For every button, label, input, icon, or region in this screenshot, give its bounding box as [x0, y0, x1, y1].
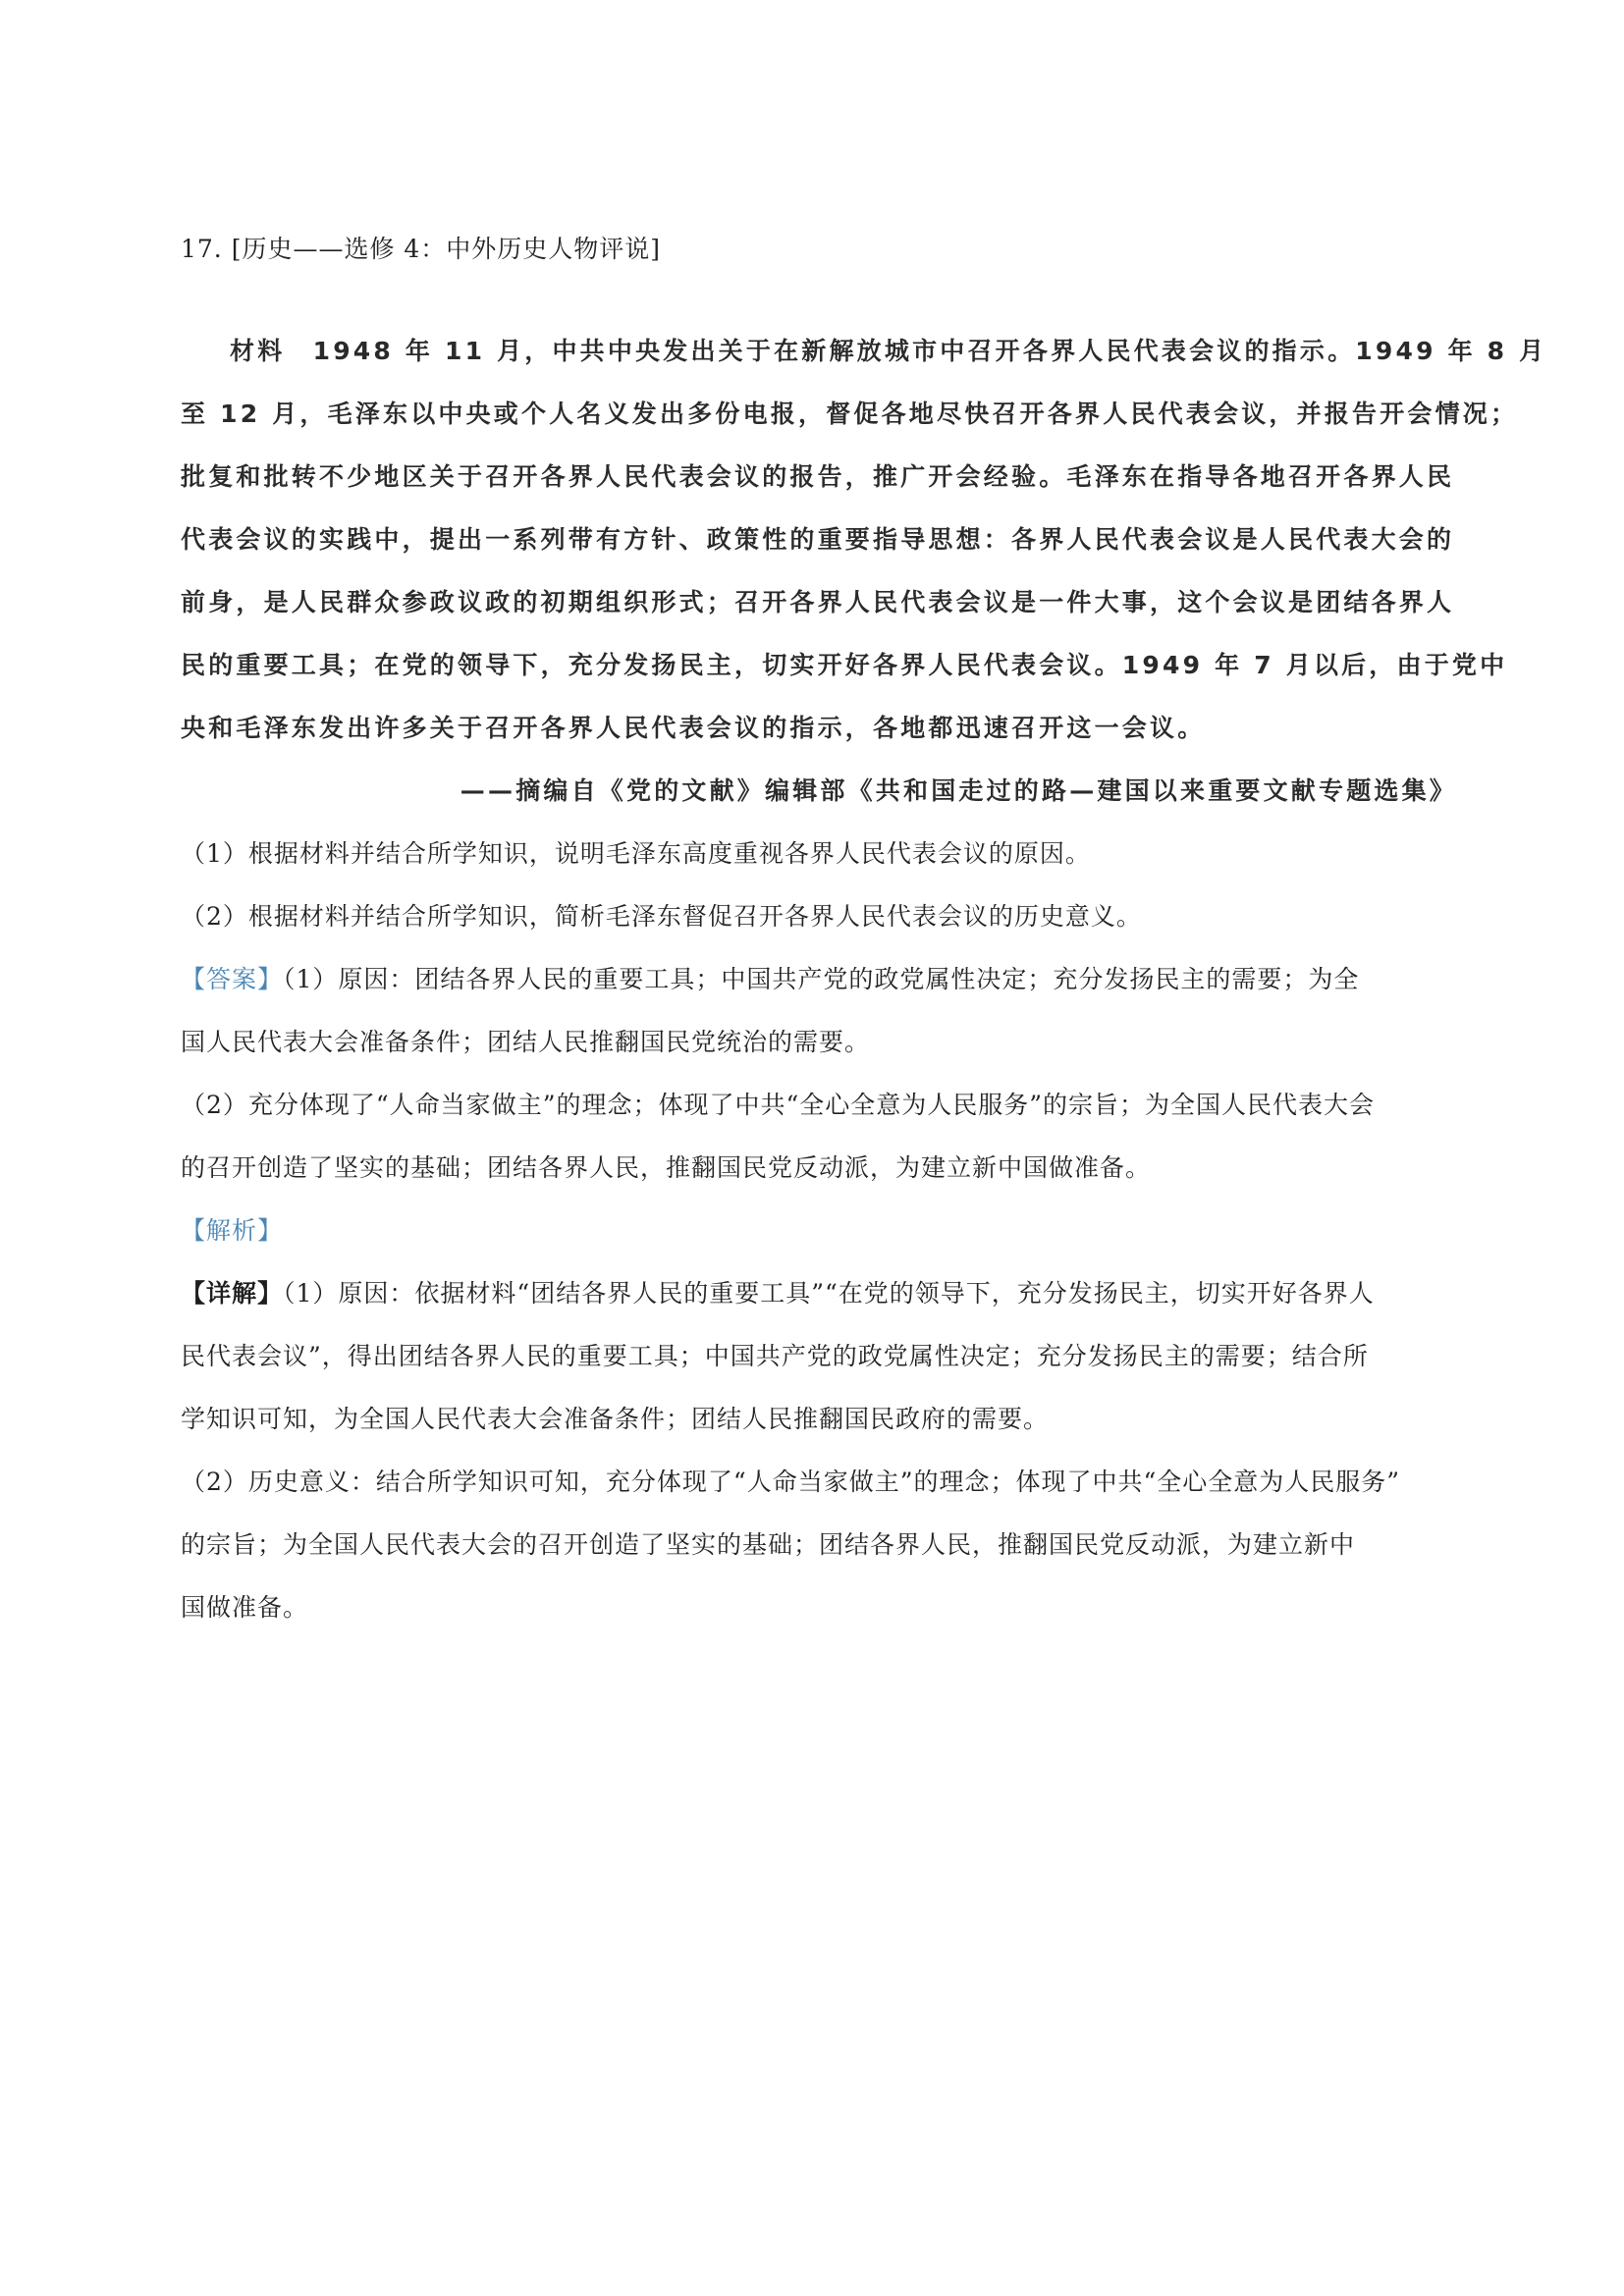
sub-question-2: （2）根据材料并结合所学知识，简析毛泽东督促召开各界人民代表会议的历史意义。 [181, 899, 1142, 934]
sub-question-1: （1）根据材料并结合所学知识，说明毛泽东高度重视各界人民代表会议的原因。 [181, 836, 1091, 872]
analysis-heading: 【解析】 [181, 1213, 283, 1249]
detail-label: 【详解】 [181, 1279, 283, 1308]
material-line-2: 至 12 月，毛泽东以中央或个人名义发出多份电报，督促各地尽快召开各界人民代表会… [181, 397, 1518, 432]
material-line-4: 代表会议的实践中，提出一系列带有方针、政策性的重要指导思想：各界人民代表会议是人… [181, 522, 1454, 558]
answer-line-3: （2）充分体现了“人命当家做主”的理念；体现了中共“全心全意为人民服务”的宗旨；… [181, 1088, 1375, 1123]
question-title: 17. [历史——选修 4：中外历史人物评说] [181, 232, 661, 267]
material-source: ——摘编自《党的文献》编辑部《共和国走过的路—建国以来重要文献专题选集》 [460, 774, 1457, 809]
material-line-3: 批复和批转不少地区关于召开各界人民代表会议的报告，推广开会经验。毛泽东在指导各地… [181, 459, 1454, 495]
answer-text-1: （1）原因：团结各界人民的重要工具；中国共产党的政党属性决定；充分发扬民主的需要… [283, 965, 1359, 993]
answer-line-4: 的召开创造了坚实的基础；团结各界人民，推翻国民党反动派，为建立新中国做准备。 [181, 1150, 1151, 1186]
analysis-line-1: 【详解】（1）原因：依据材料“团结各界人民的重要工具”“在党的领导下，充分发扬民… [181, 1276, 1375, 1311]
material-line-6: 民的重要工具；在党的领导下，充分发扬民主，切实开好各界人民代表会议。1949 年… [181, 648, 1507, 683]
answer-line-2: 国人民代表大会准备条件；团结人民推翻国民党统治的需要。 [181, 1025, 870, 1060]
analysis-line-6: 国做准备。 [181, 1590, 308, 1626]
analysis-line-2: 民代表会议”，得出团结各界人民的重要工具；中国共产党的政党属性决定；充分发扬民主… [181, 1339, 1369, 1374]
analysis-line-3: 学知识可知，为全国人民代表大会准备条件；团结人民推翻国民政府的需要。 [181, 1402, 1049, 1437]
material-line-1: 材料 1948 年 11 月，中共中央发出关于在新解放城市中召开各界人民代表会议… [181, 334, 1546, 369]
analysis-text-1: （1）原因：依据材料“团结各界人民的重要工具”“在党的领导下，充分发扬民主，切实… [283, 1279, 1375, 1308]
material-line-7: 央和毛泽东发出许多关于召开各界人民代表会议的指示，各地都迅速召开这一会议。 [181, 711, 1205, 746]
material-line-5: 前身，是人民群众参政议政的初期组织形式；召开各界人民代表会议是一件大事，这个会议… [181, 585, 1454, 620]
answer-label: 【答案】 [181, 965, 283, 993]
analysis-line-5: 的宗旨；为全国人民代表大会的召开创造了坚实的基础；团结各界人民，推翻国民党反动派… [181, 1527, 1355, 1563]
analysis-label: 【解析】 [181, 1216, 283, 1245]
analysis-line-4: （2）历史意义：结合所学知识可知，充分体现了“人命当家做主”的理念；体现了中共“… [181, 1465, 1400, 1500]
answer-line-1: 【答案】（1）原因：团结各界人民的重要工具；中国共产党的政党属性决定；充分发扬民… [181, 962, 1359, 997]
